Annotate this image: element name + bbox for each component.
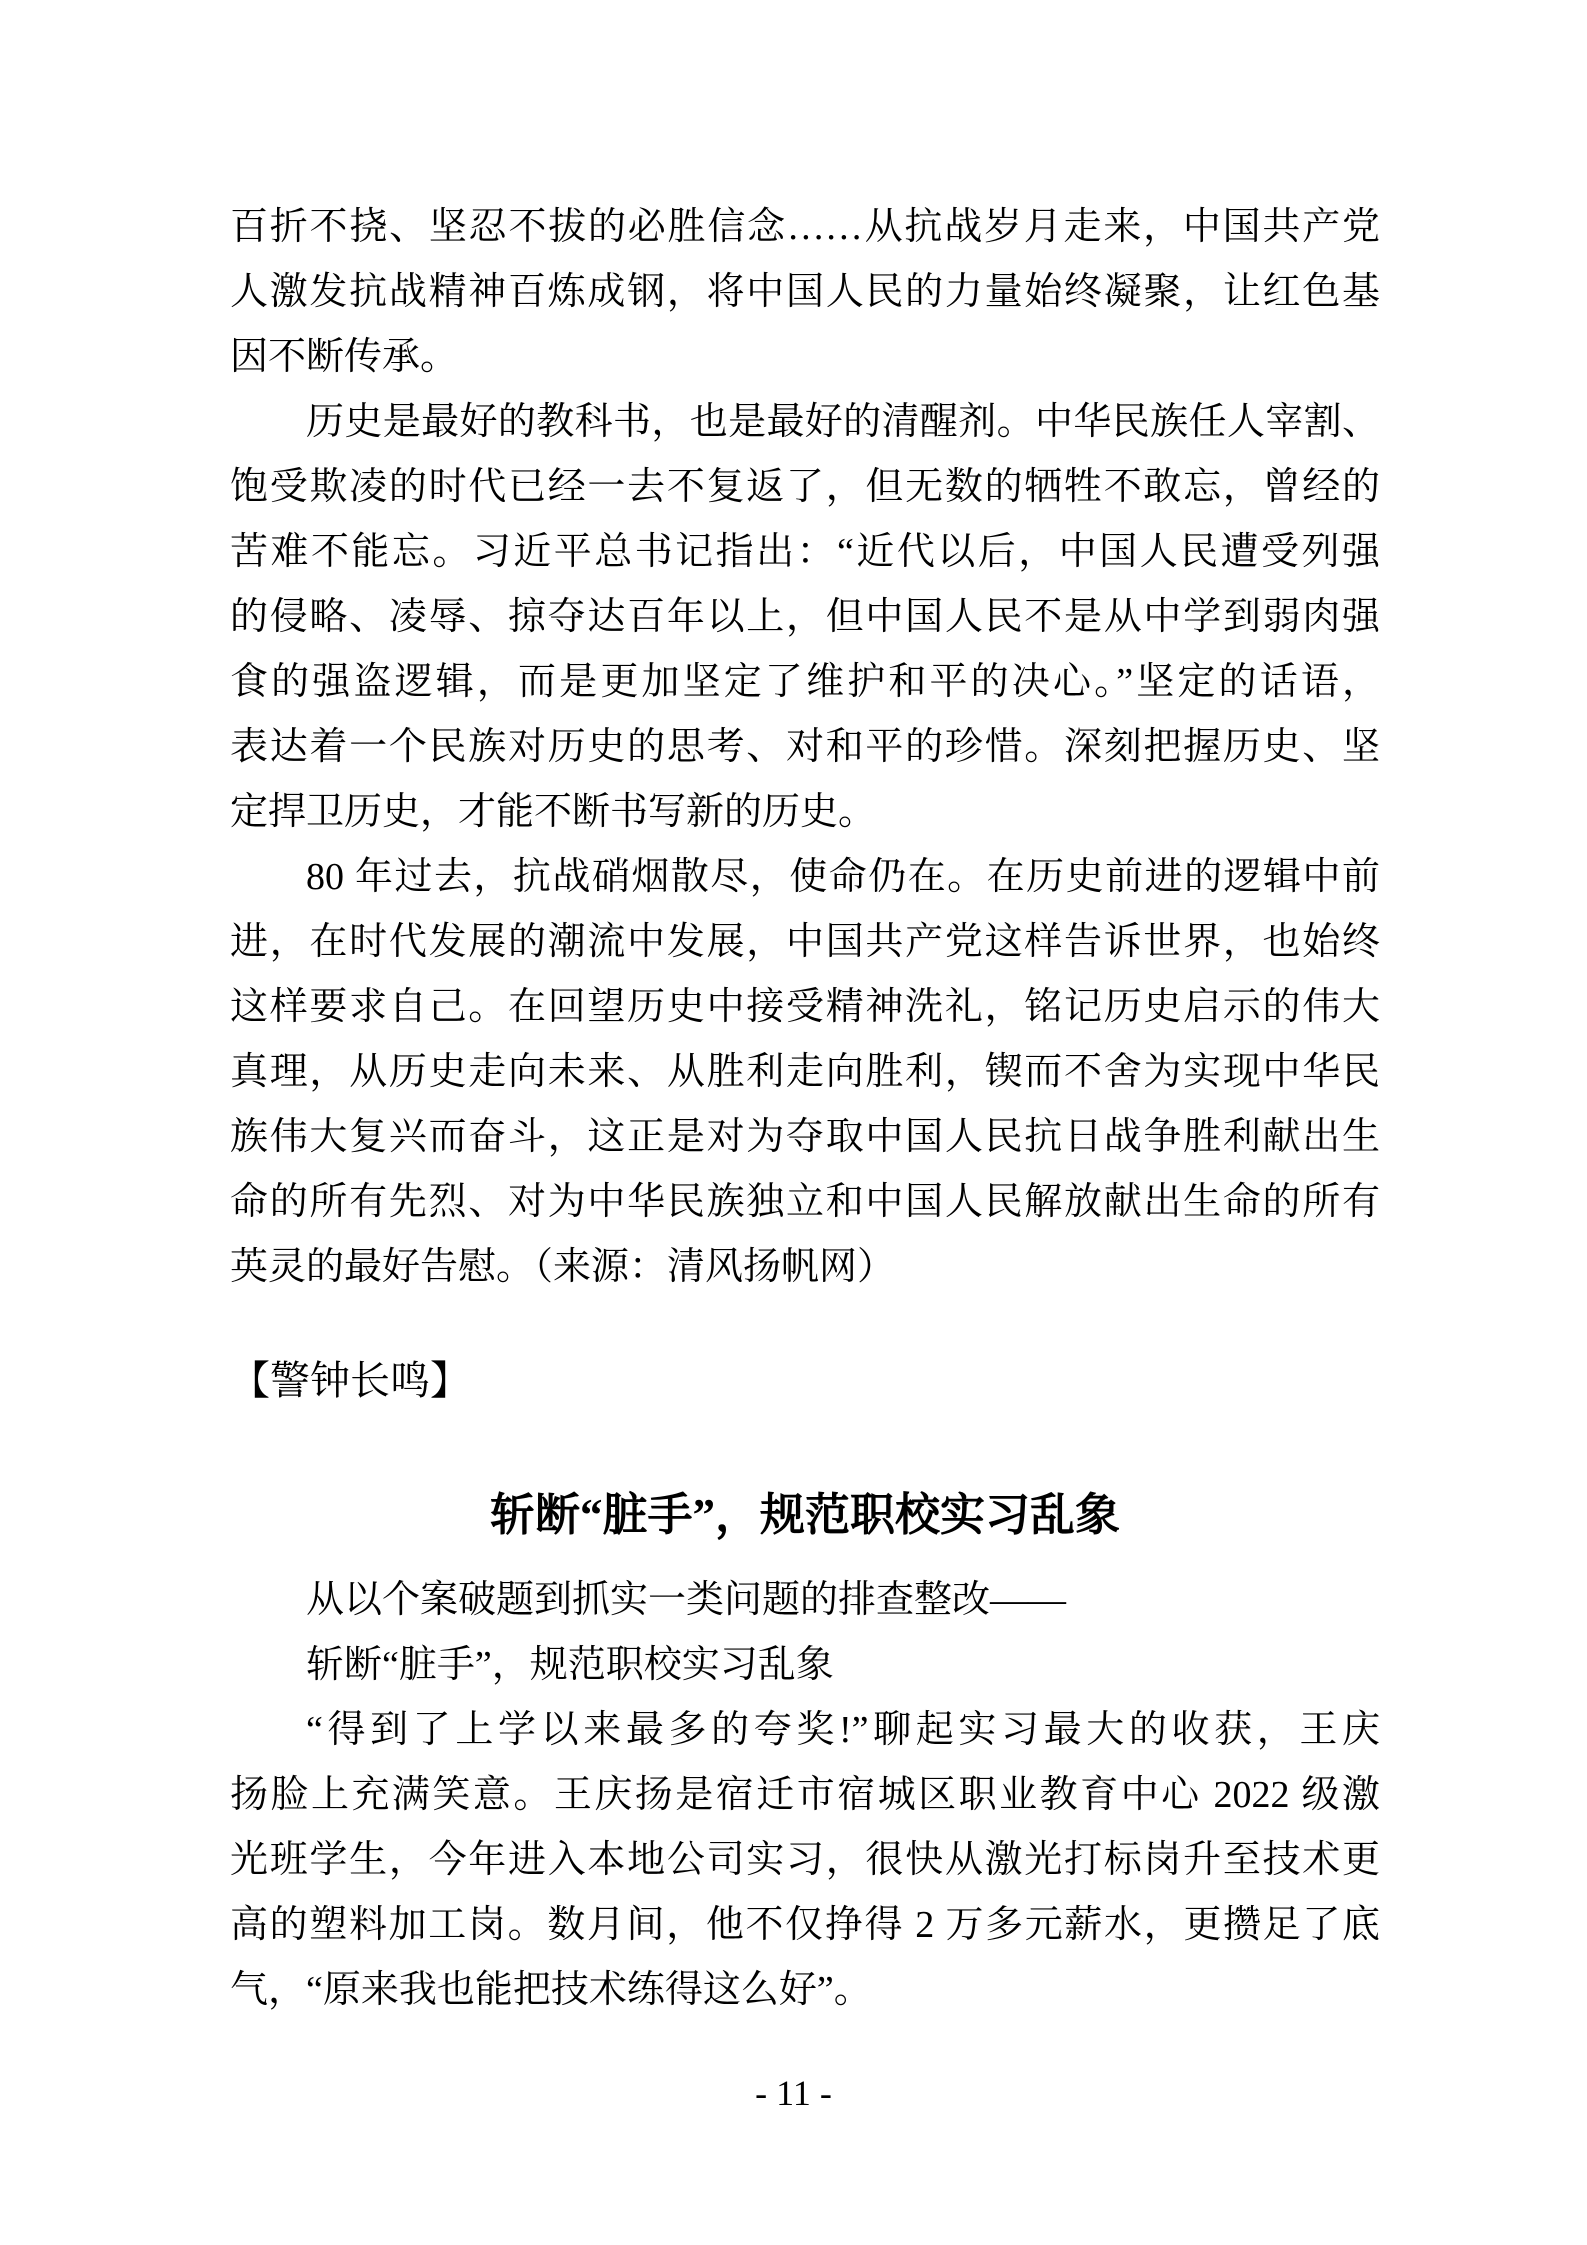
paragraph: 斩断“脏手”，规范职校实习乱象 xyxy=(230,1633,1380,1698)
article-title: 斩断“脏手”，规范职校实习乱象 xyxy=(230,1480,1380,1550)
text-line: 百折不挠、坚忍不拔的必胜信念……从抗战岁月走来，中国共产党 xyxy=(230,195,1380,260)
text-line: 光班学生，今年进入本地公司实习，很快从激光打标岗升至技术更 xyxy=(230,1828,1380,1893)
text-line: 高的塑料加工岗。数月间，他不仅挣得 2 万多元薪水，更攒足了底 xyxy=(230,1893,1380,1958)
text-line: 气，“原来我也能把技术练得这么好”。 xyxy=(230,1958,1380,2023)
paragraph: 百折不挠、坚忍不拔的必胜信念……从抗战岁月走来，中国共产党 人激发抗战精神百炼成… xyxy=(230,195,1380,390)
text-line: 命的所有先烈、对为中华民族独立和中国人民解放献出生命的所有 xyxy=(230,1170,1380,1235)
text-line: 人激发抗战精神百炼成钢，将中国人民的力量始终凝聚，让红色基 xyxy=(230,260,1380,325)
text-line: 因不断传承。 xyxy=(230,325,1380,390)
section-label: 【警钟长鸣】 xyxy=(230,1348,1380,1413)
document-page: 百折不挠、坚忍不拔的必胜信念……从抗战岁月走来，中国共产党 人激发抗战精神百炼成… xyxy=(0,0,1587,2245)
text-line: 食的强盗逻辑，而是更加坚定了维护和平的决心。”坚定的话语， xyxy=(230,650,1380,715)
text-line: 苦难不能忘。习近平总书记指出：“近代以后，中国人民遭受列强 xyxy=(230,520,1380,585)
page-number: - 11 - xyxy=(0,2068,1587,2118)
text-line: 这样要求自己。在回望历史中接受精神洗礼，铭记历史启示的伟大 xyxy=(230,975,1380,1040)
paragraph: “得到了上学以来最多的夸奖!”聊起实习最大的收获，王庆 扬脸上充满笑意。王庆扬是… xyxy=(230,1698,1380,2023)
text-line: 饱受欺凌的时代已经一去不复返了，但无数的牺牲不敢忘，曾经的 xyxy=(230,455,1380,520)
paragraph: 80 年过去，抗战硝烟散尽，使命仍在。在历史前进的逻辑中前 进，在时代发展的潮流… xyxy=(230,845,1380,1300)
paragraph: 从以个案破题到抓实一类问题的排查整改—— xyxy=(230,1568,1380,1633)
text-line: 扬脸上充满笑意。王庆扬是宿迁市宿城区职业教育中心 2022 级激 xyxy=(230,1763,1380,1828)
text-line: 历史是最好的教科书，也是最好的清醒剂。中华民族任人宰割、 xyxy=(230,390,1380,455)
text-line: 斩断“脏手”，规范职校实习乱象 xyxy=(230,1633,1380,1698)
text-line: 族伟大复兴而奋斗，这正是对为夺取中国人民抗日战争胜利献出生 xyxy=(230,1105,1380,1170)
text-line: 80 年过去，抗战硝烟散尽，使命仍在。在历史前进的逻辑中前 xyxy=(230,845,1380,910)
text-line: 从以个案破题到抓实一类问题的排查整改—— xyxy=(230,1568,1380,1633)
text-line: 进，在时代发展的潮流中发展，中国共产党这样告诉世界，也始终 xyxy=(230,910,1380,975)
text-line: 的侵略、凌辱、掠夺达百年以上，但中国人民不是从中学到弱肉强 xyxy=(230,585,1380,650)
text-line: “得到了上学以来最多的夸奖!”聊起实习最大的收获，王庆 xyxy=(230,1698,1380,1763)
text-line: 表达着一个民族对历史的思考、对和平的珍惜。深刻把握历史、坚 xyxy=(230,715,1380,780)
paragraph: 历史是最好的教科书，也是最好的清醒剂。中华民族任人宰割、 饱受欺凌的时代已经一去… xyxy=(230,390,1380,845)
text-line: 英灵的最好告慰。（来源：清风扬帆网） xyxy=(230,1235,1380,1300)
text-line: 真理，从历史走向未来、从胜利走向胜利，锲而不舍为实现中华民 xyxy=(230,1040,1380,1105)
text-line: 定捍卫历史，才能不断书写新的历史。 xyxy=(230,780,1380,845)
